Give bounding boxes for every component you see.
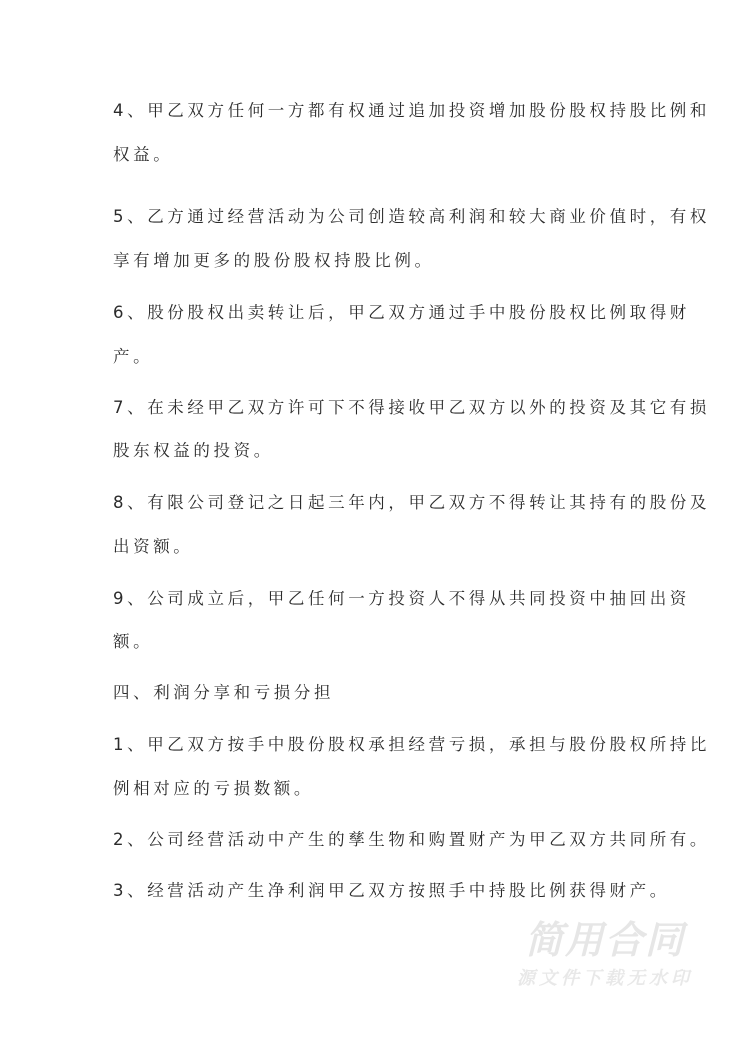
document-line-1: 4、甲乙双方任何一方都有权通过追加投资增加股份股权持股比例和 xyxy=(113,100,710,122)
document-line-17: 3、经营活动产生净利润甲乙双方按照手中持股比例获得财产。 xyxy=(113,880,670,902)
watermark: 简用合同 源文件下载无水印 xyxy=(505,918,705,992)
document-line-6: 产。 xyxy=(113,346,153,368)
document-line-4: 享有增加更多的股份股权持股比例。 xyxy=(113,250,435,272)
document-page: 4、甲乙双方任何一方都有权通过追加投资增加股份股权持股比例和 权益。 5、乙方通… xyxy=(0,0,742,1049)
section-heading: 四、利润分享和亏损分担 xyxy=(113,682,334,704)
watermark-subtitle: 源文件下载无水印 xyxy=(505,966,705,992)
watermark-title: 简用合同 xyxy=(505,918,705,962)
document-line-14: 1、甲乙双方按手中股份股权承担经营亏损，承担与股份股权所持比 xyxy=(113,734,710,756)
document-line-2: 权益。 xyxy=(113,144,173,166)
document-line-7: 7、在未经甲乙双方许可下不得接收甲乙双方以外的投资及其它有损 xyxy=(113,397,710,419)
document-line-11: 9、公司成立后，甲乙任何一方投资人不得从共同投资中抽回出资 xyxy=(113,588,690,610)
document-line-9: 8、有限公司登记之日起三年内，甲乙双方不得转让其持有的股份及 xyxy=(113,492,710,514)
document-line-12: 额。 xyxy=(113,631,153,653)
document-line-10: 出资额。 xyxy=(113,536,193,558)
document-line-3: 5、乙方通过经营活动为公司创造较高利润和较大商业价值时，有权 xyxy=(113,206,710,228)
document-line-15: 例相对应的亏损数额。 xyxy=(113,778,314,800)
document-line-8: 股东权益的投资。 xyxy=(113,440,274,462)
document-line-5: 6、股份股权出卖转让后，甲乙双方通过手中股份股权比例取得财 xyxy=(113,302,690,324)
document-line-16: 2、公司经营活动中产生的孳生物和购置财产为甲乙双方共同所有。 xyxy=(113,829,710,851)
